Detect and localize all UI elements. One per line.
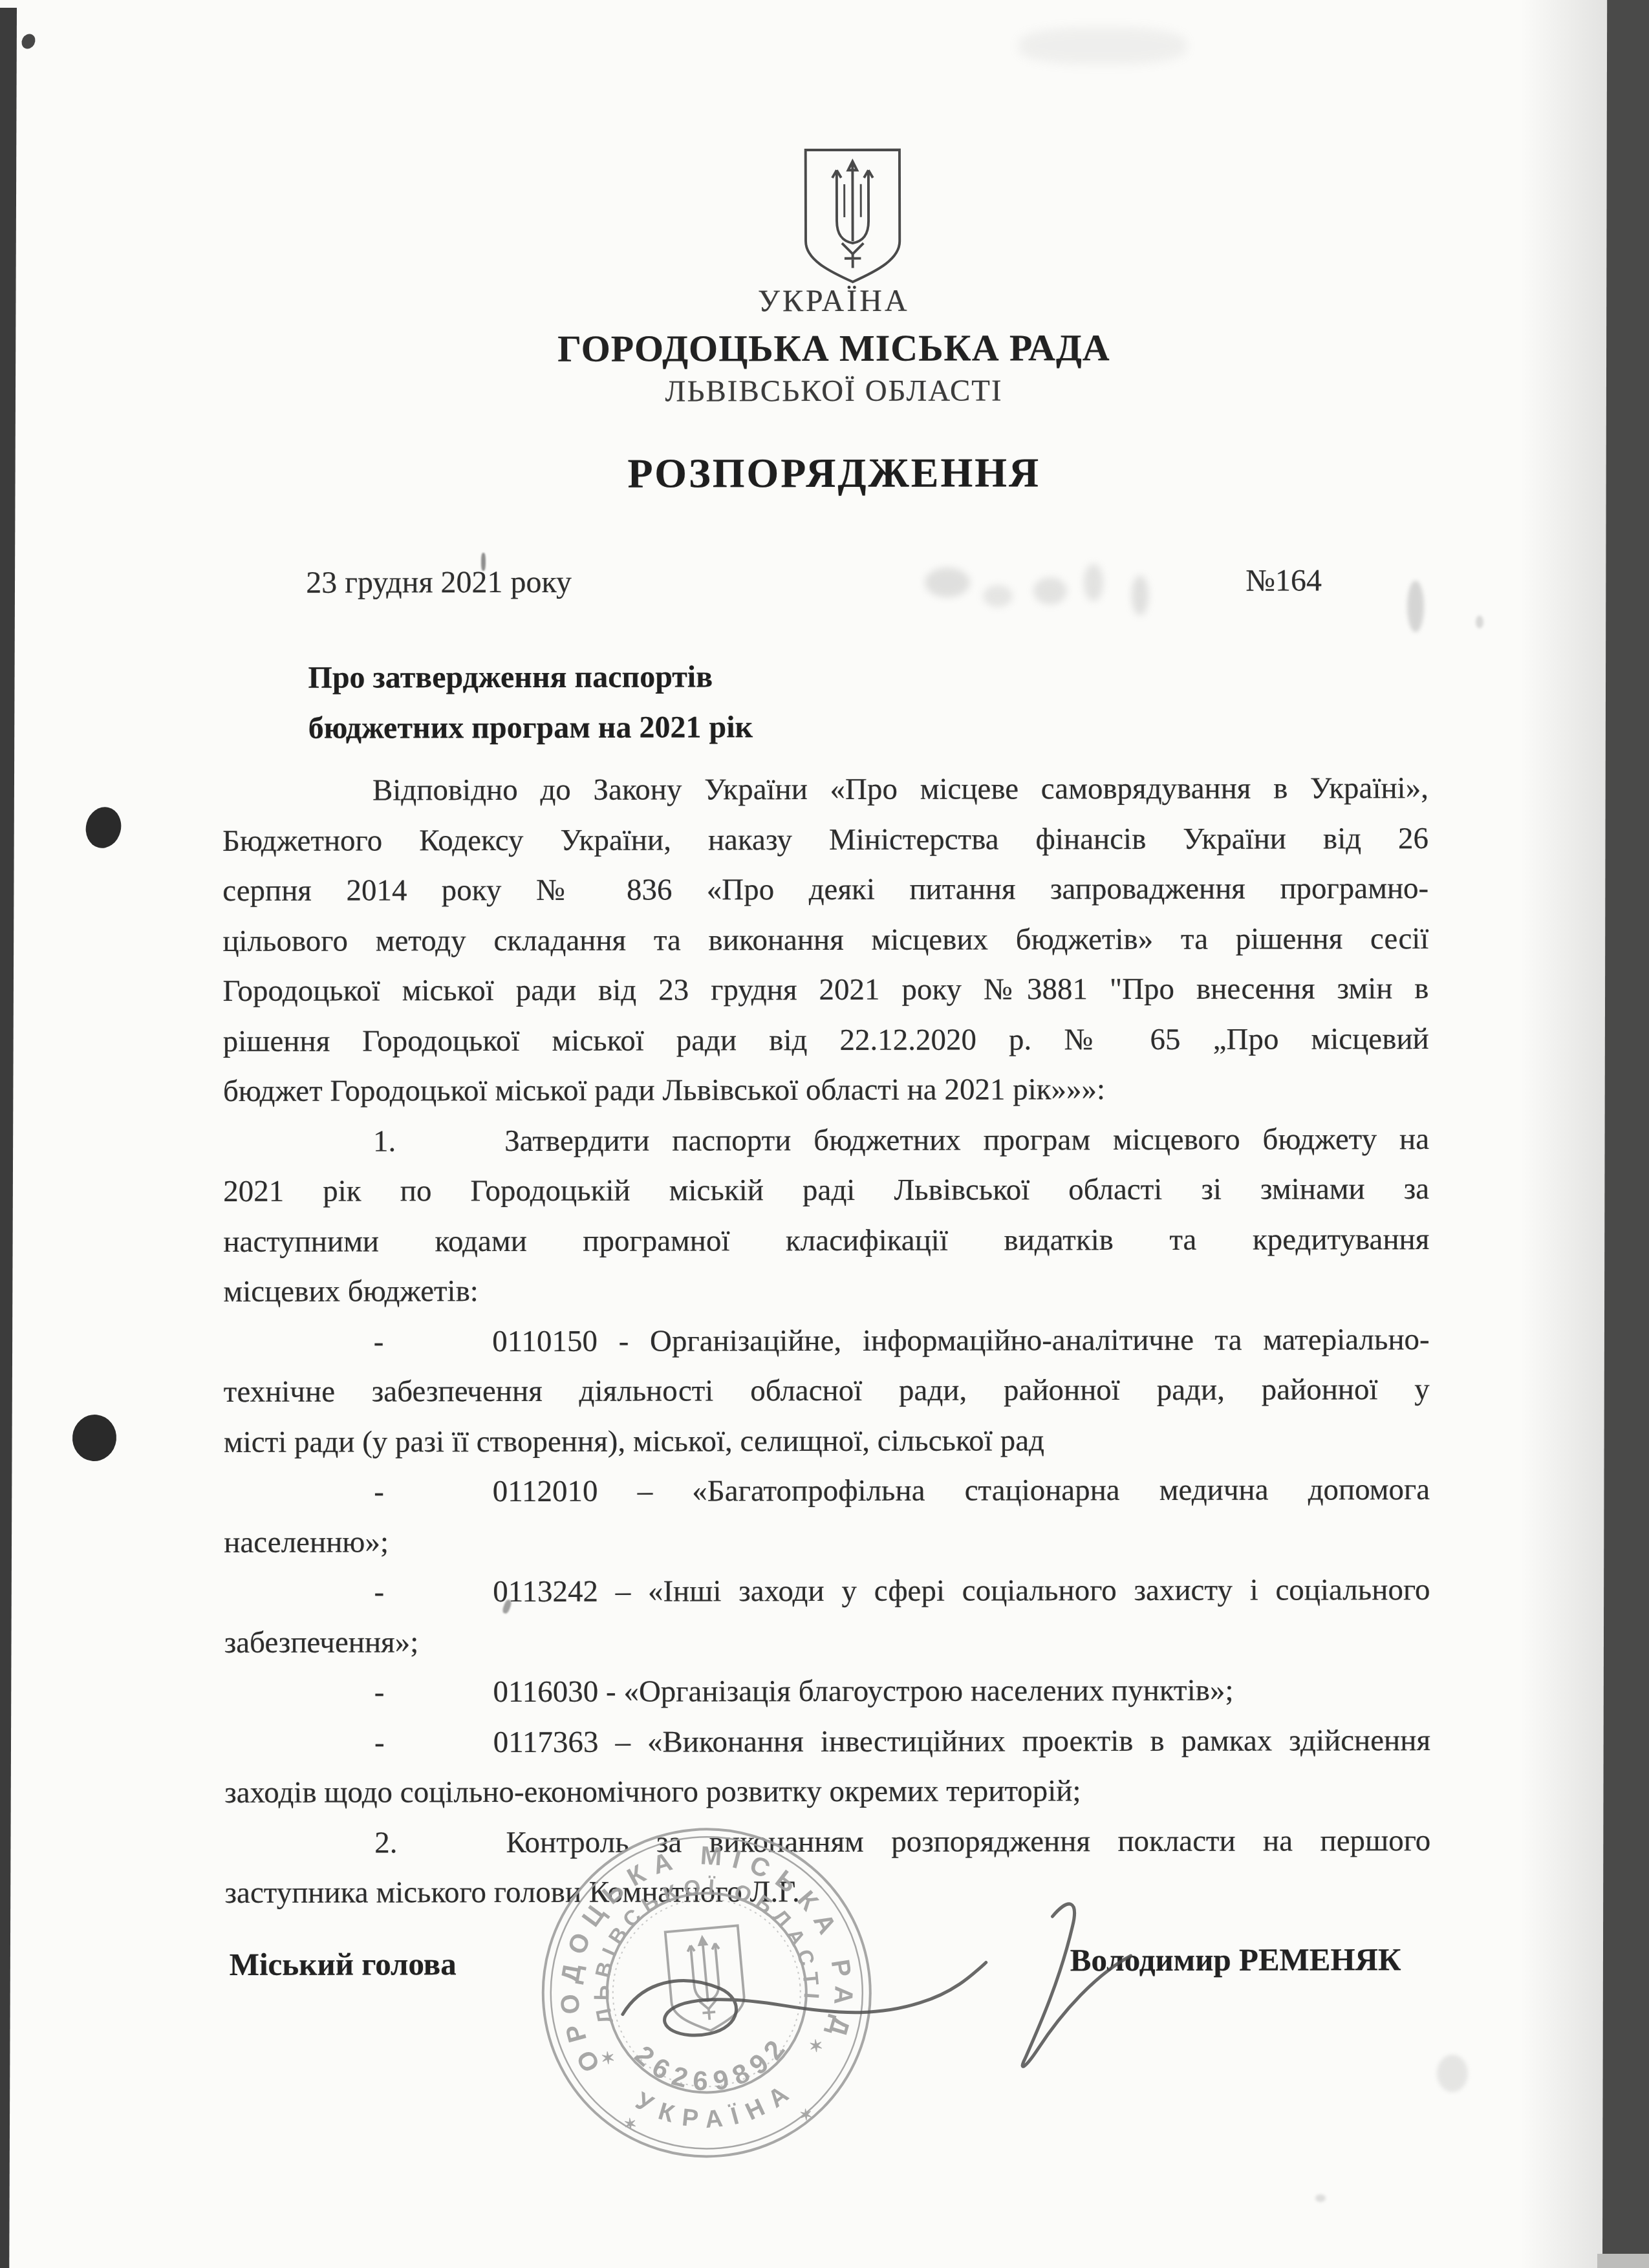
body-line: рішення Городоцької міської ради від 22.… [223,1014,1429,1067]
body-line: Відповідно до Закону України «Про місцев… [222,764,1428,816]
body-line: 1.Затвердити паспорти бюджетних програм … [223,1115,1429,1167]
body-line: технічне забезпечення діяльності обласно… [224,1365,1430,1417]
body-line: забезпечення»; [224,1616,1430,1668]
body-line: 2021 рік по Городоцькій міській раді Льв… [223,1164,1429,1217]
body-paragraph: -0116030 - «Організація благоустрою насе… [224,1665,1430,1718]
body-line: населенню»; [224,1515,1430,1568]
body-line: місцевих бюджетів: [223,1265,1429,1317]
subject-line-2: бюджетних програм на 2021 рік [308,702,753,753]
body-line: -0117363 – «Виконання інвестиційних прое… [224,1716,1430,1768]
body-line: -0113242 – «Інші заходи у сфері соціальн… [224,1565,1430,1618]
body-line: Городоцької міської ради від 23 грудня 2… [222,964,1428,1016]
body-line: місті ради (у разі її створення), місько… [224,1415,1430,1468]
body-line: -0116030 - «Організація благоустрою насе… [224,1665,1430,1718]
body-paragraph: -0110150 - Організаційне, інформаційно-а… [224,1315,1430,1468]
header-country: УКРАЇНА [9,281,1649,320]
header-council-name: ГОРОДОЦЬКА МІСЬКА РАДА [9,325,1649,371]
body-line: цільового методу складання та виконання … [222,914,1428,967]
coat-of-arms-trident-icon [802,146,903,287]
signer-position: Міський голова [230,1945,457,1983]
order-number: №164 [1245,562,1322,598]
body-line: -0110150 - Організаційне, інформаційно-а… [224,1315,1430,1367]
handwritten-signature [570,1835,1153,2128]
body-paragraph: 1.Затвердити паспорти бюджетних програм … [223,1115,1430,1318]
document-type-title: РОЗПОРЯДЖЕННЯ [10,447,1649,498]
order-body: Відповідно до Закону України «Про місцев… [222,764,1431,1918]
body-paragraph: Відповідно до Закону України «Про місцев… [222,764,1429,1117]
body-line: серпня 2014 року № 836 «Про деякі питанн… [222,864,1428,916]
scanned-document-page: УКРАЇНА ГОРОДОЦЬКА МІСЬКА РАДА ЛЬВІВСЬКО… [0,0,1649,2268]
order-date: 23 грудня 2021 року [306,564,572,601]
order-subject: Про затвердження паспортів бюджетних про… [308,652,753,753]
header-oblast: ЛЬВІВСЬКОЇ ОБЛАСТІ [10,372,1649,410]
body-paragraph: -0112010 – «Багатопрофільна стаціонарна … [224,1465,1430,1568]
body-line: бюджет Городоцької міської ради Львівськ… [223,1064,1429,1117]
body-line: -0112010 – «Багатопрофільна стаціонарна … [224,1465,1430,1517]
body-paragraph: -0113242 – «Інші заходи у сфері соціальн… [224,1565,1430,1668]
body-line: Бюджетного Кодексу України, наказу Мініс… [222,814,1428,866]
body-paragraph: -0117363 – «Виконання інвестиційних прое… [224,1716,1430,1819]
subject-line-1: Про затвердження паспортів [308,652,753,703]
body-line: наступними кодами програмної класифікаці… [223,1215,1429,1267]
